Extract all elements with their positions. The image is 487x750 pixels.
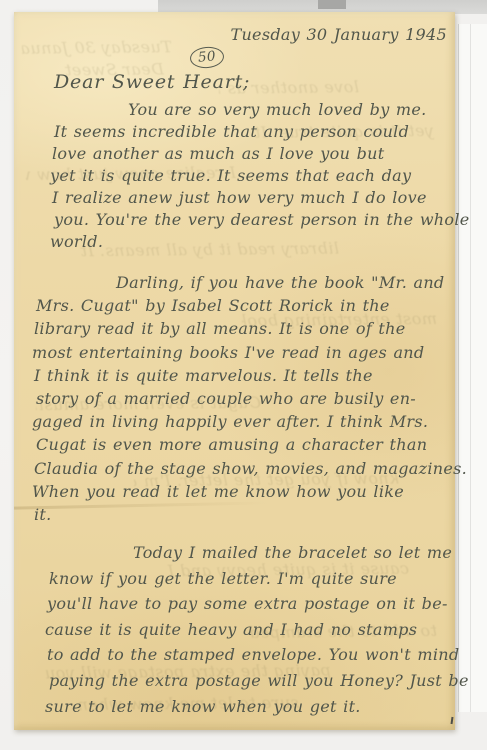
background-sheet-right xyxy=(458,24,487,712)
letter-line: I realize anew just how very much I do l… xyxy=(52,187,451,209)
letter-line: story of a married couple who are busily… xyxy=(36,387,453,410)
letter-line: sure to let me know when you get it. xyxy=(45,694,449,720)
letter-paragraph-3: Today I mailed the bracelet so let me kn… xyxy=(47,540,451,719)
letter-line: It seems incredible that any person coul… xyxy=(54,121,453,143)
letter-line: know if you get the letter. I'm quite su… xyxy=(49,566,453,592)
letter-salutation: Dear Sweet Heart; xyxy=(54,71,250,93)
letter-line: Today I mailed the bracelet so let me xyxy=(45,540,449,566)
letter-line: love another as much as I love you but xyxy=(52,143,451,165)
letter-paragraph-2: Darling, if you have the book "Mr. and M… xyxy=(34,271,451,526)
background-sheet-tab xyxy=(318,0,346,9)
letter-line: to add to the stamped envelope. You won'… xyxy=(47,642,451,668)
letter-line: Mrs. Cugat" by Isabel Scott Rorick in th… xyxy=(36,294,453,317)
letter-paper: Tuesday 30 January 1945 Dear Sweet Heart… xyxy=(14,12,455,730)
letter-line: paying the extra postage will you Honey?… xyxy=(49,668,453,694)
page-number-circled: 50 xyxy=(189,46,224,70)
scanned-letter-photo: Tuesday 30 January 1945 Dear Sweet Heart… xyxy=(0,0,487,750)
letter-line: most entertaining books I've read in age… xyxy=(32,341,449,364)
letter-line: you. You're the very dearest person in t… xyxy=(54,209,453,231)
letter-line: yet it is quite true. It seems that each… xyxy=(50,165,449,187)
letter-line: Claudia of the stage show, movies, and m… xyxy=(34,457,451,480)
letter-date: Tuesday 30 January 1945 xyxy=(230,25,447,44)
paper-speck xyxy=(451,717,454,724)
letter-line: world. xyxy=(50,231,449,253)
letter-line: you'll have to pay some extra postage on… xyxy=(47,591,451,617)
letter-line: Cugat is even more amusing a character t… xyxy=(36,433,453,456)
letter-line: library read it by all means. It is one … xyxy=(34,317,451,340)
letter-line: I think it is quite marvelous. It tells … xyxy=(34,364,451,387)
letter-line: it. xyxy=(34,503,451,526)
letter-line: Darling, if you have the book "Mr. and xyxy=(32,271,449,294)
bleed-through-text: Tuesday 30 January 1945 xyxy=(22,37,172,61)
letter-line: cause it is quite heavy and I had no sta… xyxy=(45,617,449,643)
letter-paragraph-1: You are so very much loved by me. It see… xyxy=(52,99,451,253)
letter-line: You are so very much loved by me. xyxy=(50,99,449,121)
letter-line: gaged in living happily ever after. I th… xyxy=(32,410,449,433)
letter-line: When you read it let me know how you lik… xyxy=(32,480,449,503)
